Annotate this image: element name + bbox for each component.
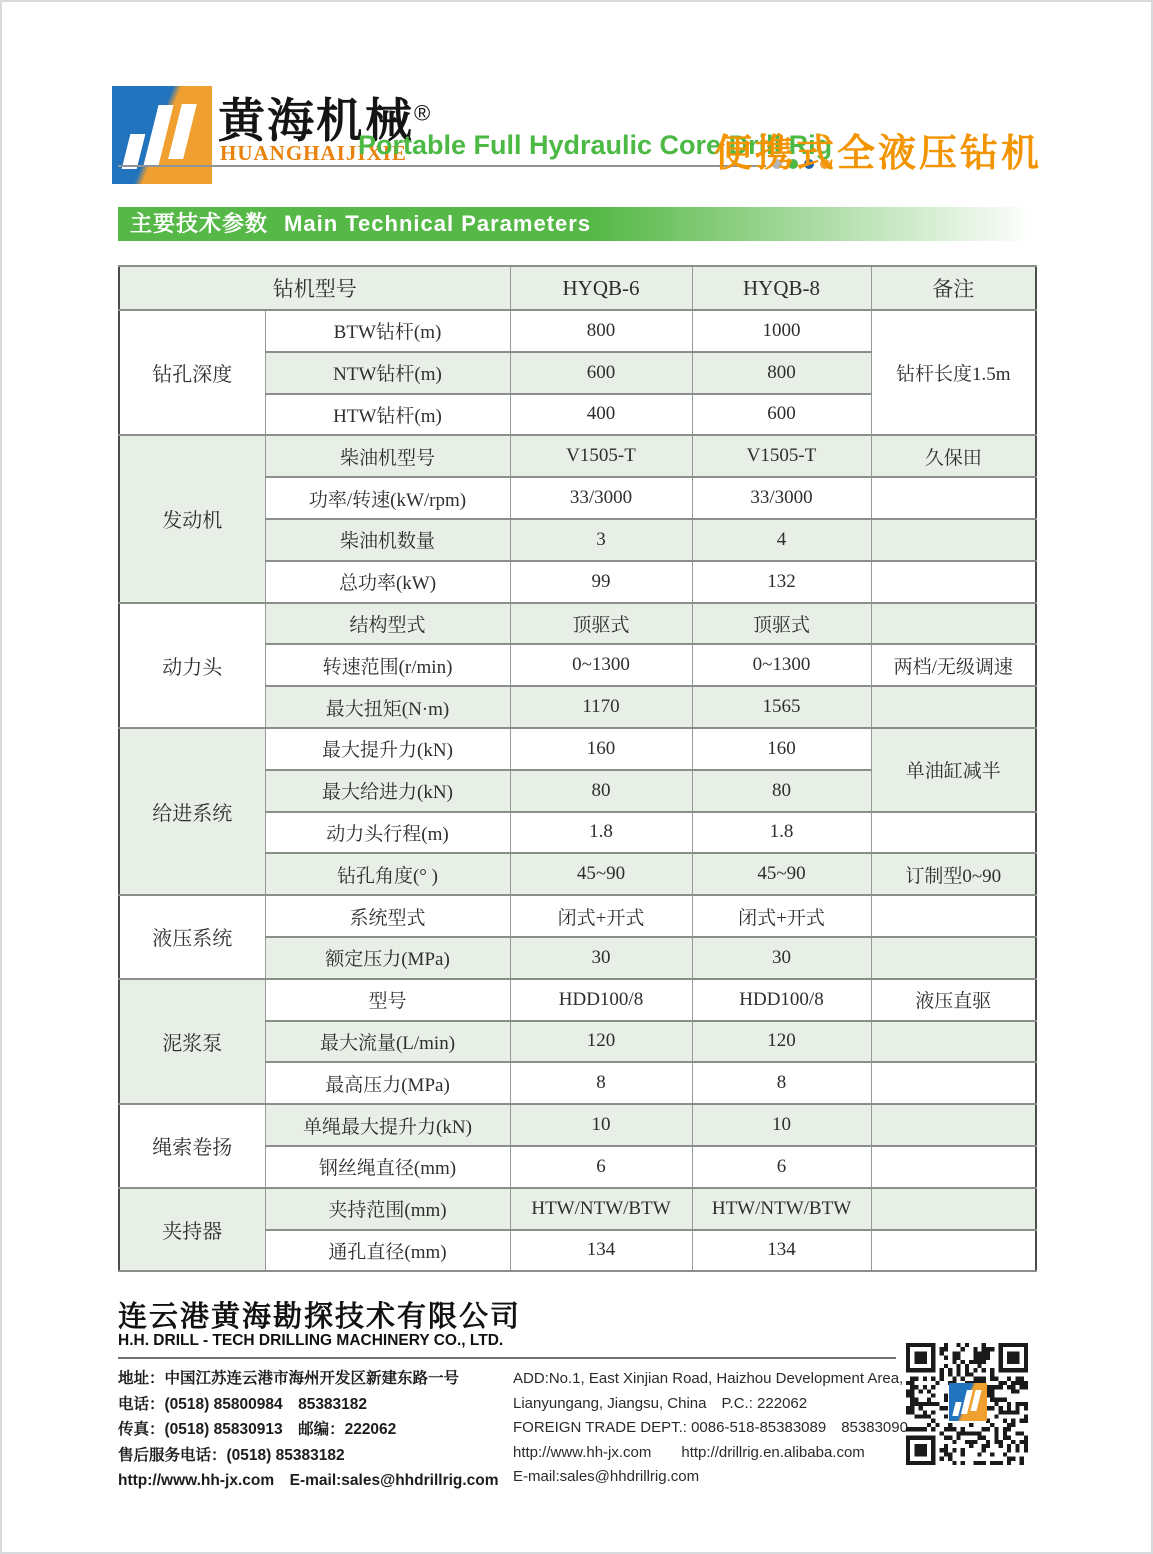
qr-center-logo-icon bbox=[949, 1383, 987, 1421]
value-cell-hyqb8: 6 bbox=[692, 1146, 871, 1188]
value-cell-hyqb6: 8 bbox=[510, 1062, 692, 1104]
remark-cell bbox=[871, 1188, 1036, 1230]
value-cell-hyqb6: 80 bbox=[510, 770, 692, 812]
value-cell-hyqb8: 闭式+开式 bbox=[692, 895, 871, 937]
table-row: 发动机柴油机型号V1505-TV1505-T久保田 bbox=[119, 435, 1036, 477]
value-cell-hyqb8: 10 bbox=[692, 1104, 871, 1146]
value-cell-hyqb6: 6 bbox=[510, 1146, 692, 1188]
huanghai-logo-icon bbox=[112, 86, 212, 184]
contact-block-en: ADD:No.1, East Xinjian Road, Haizhou Dev… bbox=[513, 1367, 913, 1490]
value-cell-hyqb8: 30 bbox=[692, 937, 871, 979]
table-header-row: 钻机型号HYQB-6HYQB-8备注 bbox=[119, 266, 1036, 310]
param-cell: 钻孔角度(° ) bbox=[265, 853, 510, 895]
value-cell-hyqb8: 80 bbox=[692, 770, 871, 812]
table-row: 绳索卷扬单绳最大提升力(kN)1010 bbox=[119, 1104, 1036, 1146]
parameters-table: 钻机型号HYQB-6HYQB-8备注 钻孔深度BTW钻杆(m)8001000钻杆… bbox=[118, 265, 1037, 1272]
value-cell-hyqb8: 33/3000 bbox=[692, 477, 871, 519]
category-cell: 发动机 bbox=[119, 435, 265, 602]
value-cell-hyqb6: 600 bbox=[510, 352, 692, 394]
param-cell: 型号 bbox=[265, 979, 510, 1021]
page-title-cn: 便携式全液压钻机 bbox=[714, 122, 1042, 177]
remark-cell bbox=[871, 686, 1036, 728]
value-cell-hyqb8: 8 bbox=[692, 1062, 871, 1104]
remark-cell bbox=[871, 561, 1036, 603]
remark-cell bbox=[871, 477, 1036, 519]
remark-cell: 久保田 bbox=[871, 435, 1036, 477]
category-cell: 给进系统 bbox=[119, 728, 265, 895]
value-cell-hyqb8: 0~1300 bbox=[692, 644, 871, 686]
param-cell: 系统型式 bbox=[265, 895, 510, 937]
remark-cell bbox=[871, 1062, 1036, 1104]
value-cell-hyqb8: 800 bbox=[692, 352, 871, 394]
remark-cell: 两档/无级调速 bbox=[871, 644, 1036, 686]
param-cell: 夹持范围(mm) bbox=[265, 1188, 510, 1230]
remark-cell bbox=[871, 519, 1036, 561]
param-cell: 通孔直径(mm) bbox=[265, 1230, 510, 1272]
param-cell: 功率/转速(kW/rpm) bbox=[265, 477, 510, 519]
param-cell: 动力头行程(m) bbox=[265, 812, 510, 854]
value-cell-hyqb6: HTW/NTW/BTW bbox=[510, 1188, 692, 1230]
header-divider-line bbox=[118, 165, 766, 167]
category-cell: 泥浆泵 bbox=[119, 979, 265, 1104]
contact-line-en: E-mail:sales@hhdrillrig.com bbox=[513, 1465, 913, 1490]
value-cell-hyqb8: 1565 bbox=[692, 686, 871, 728]
remark-cell: 液压直驱 bbox=[871, 979, 1036, 1021]
remark-cell bbox=[871, 812, 1036, 854]
contact-line-en: Lianyungang, Jiangsu, China P.C.: 222062 bbox=[513, 1392, 913, 1417]
remark-cell bbox=[871, 1021, 1036, 1063]
value-cell-hyqb8: 132 bbox=[692, 561, 871, 603]
section-title-cn: 主要技术参数 bbox=[130, 211, 268, 236]
section-header: 主要技术参数Main Technical Parameters bbox=[118, 207, 1035, 241]
value-cell-hyqb8: 1000 bbox=[692, 310, 871, 352]
value-cell-hyqb6: 45~90 bbox=[510, 853, 692, 895]
value-cell-hyqb6: 134 bbox=[510, 1230, 692, 1272]
remark-cell: 单油缸减半 bbox=[871, 728, 1036, 812]
contact-line-cn: 售后服务电话：(0518) 85383182 bbox=[118, 1443, 510, 1469]
value-cell-hyqb8: 160 bbox=[692, 728, 871, 770]
logo-bar-icon bbox=[970, 1390, 981, 1411]
param-cell: 额定压力(MPa) bbox=[265, 937, 510, 979]
param-cell: 最大流量(L/min) bbox=[265, 1021, 510, 1063]
remark-cell bbox=[871, 1230, 1036, 1272]
value-cell-hyqb6: 160 bbox=[510, 728, 692, 770]
param-cell: NTW钻杆(m) bbox=[265, 352, 510, 394]
section-title-en: Main Technical Parameters bbox=[284, 211, 591, 236]
contact-line-en: http://www.hh-jx.com http://drillrig.en.… bbox=[513, 1441, 913, 1466]
remark-cell bbox=[871, 1146, 1036, 1188]
catalog-page: 黄海机械® HUANGHAIJIXIE Portable Full Hydrau… bbox=[0, 0, 1153, 1554]
value-cell-hyqb6: 33/3000 bbox=[510, 477, 692, 519]
table-row: 泥浆泵型号HDD100/8HDD100/8液压直驱 bbox=[119, 979, 1036, 1021]
param-cell: HTW钻杆(m) bbox=[265, 394, 510, 436]
contact-line-cn: 地址：中国江苏连云港市海州开发区新建东路一号 bbox=[118, 1366, 510, 1392]
table-row: 液压系统系统型式闭式+开式闭式+开式 bbox=[119, 895, 1036, 937]
remark-cell: 订制型0~90 bbox=[871, 853, 1036, 895]
contact-line-cn: http://www.hh-jx.com E-mail:sales@hhdril… bbox=[118, 1468, 510, 1494]
value-cell-hyqb8: 120 bbox=[692, 1021, 871, 1063]
table-row: 给进系统最大提升力(kN)160160单油缸减半 bbox=[119, 728, 1036, 770]
remark-cell bbox=[871, 1104, 1036, 1146]
param-cell: 最大提升力(kN) bbox=[265, 728, 510, 770]
remark-cell bbox=[871, 895, 1036, 937]
table-row: 动力头结构型式顶驱式顶驱式 bbox=[119, 603, 1036, 645]
contact-line-cn: 电话：(0518) 85800984 85383182 bbox=[118, 1392, 510, 1418]
value-cell-hyqb6: 10 bbox=[510, 1104, 692, 1146]
company-name-cn: 连云港黄海勘探技术有限公司 bbox=[118, 1294, 521, 1335]
remark-cell bbox=[871, 603, 1036, 645]
param-cell: 钢丝绳直径(mm) bbox=[265, 1146, 510, 1188]
company-name-en: H.H. DRILL - TECH DRILLING MACHINERY CO.… bbox=[118, 1332, 503, 1350]
category-cell: 绳索卷扬 bbox=[119, 1104, 265, 1188]
category-cell: 液压系统 bbox=[119, 895, 265, 979]
value-cell-hyqb8: HDD100/8 bbox=[692, 979, 871, 1021]
value-cell-hyqb6: 1170 bbox=[510, 686, 692, 728]
param-cell: 柴油机型号 bbox=[265, 435, 510, 477]
param-cell: 最高压力(MPa) bbox=[265, 1062, 510, 1104]
value-cell-hyqb6: HDD100/8 bbox=[510, 979, 692, 1021]
value-cell-hyqb8: 45~90 bbox=[692, 853, 871, 895]
logo-bar-icon bbox=[168, 104, 197, 159]
header-model-label: 钻机型号 bbox=[119, 266, 510, 310]
registered-mark: ® bbox=[414, 100, 432, 125]
param-cell: 最大扭矩(N·m) bbox=[265, 686, 510, 728]
contact-line-en: FOREIGN TRADE DEPT.: 0086-518-85383089 8… bbox=[513, 1416, 913, 1441]
value-cell-hyqb6: 120 bbox=[510, 1021, 692, 1063]
category-cell: 钻孔深度 bbox=[119, 310, 265, 435]
table-row: 钻孔深度BTW钻杆(m)8001000钻杆长度1.5m bbox=[119, 310, 1036, 352]
contact-line-en: ADD:No.1, East Xinjian Road, Haizhou Dev… bbox=[513, 1367, 913, 1392]
remark-cell: 钻杆长度1.5m bbox=[871, 310, 1036, 435]
table-row: 夹持器夹持范围(mm)HTW/NTW/BTWHTW/NTW/BTW bbox=[119, 1188, 1036, 1230]
header-col-hyqb8: HYQB-8 bbox=[692, 266, 871, 310]
qr-code bbox=[906, 1343, 1028, 1465]
value-cell-hyqb8: HTW/NTW/BTW bbox=[692, 1188, 871, 1230]
value-cell-hyqb6: V1505-T bbox=[510, 435, 692, 477]
value-cell-hyqb8: 4 bbox=[692, 519, 871, 561]
value-cell-hyqb6: 3 bbox=[510, 519, 692, 561]
param-cell: BTW钻杆(m) bbox=[265, 310, 510, 352]
param-cell: 转速范围(r/min) bbox=[265, 644, 510, 686]
value-cell-hyqb8: 顶驱式 bbox=[692, 603, 871, 645]
value-cell-hyqb6: 0~1300 bbox=[510, 644, 692, 686]
value-cell-hyqb8: 1.8 bbox=[692, 812, 871, 854]
param-cell: 结构型式 bbox=[265, 603, 510, 645]
value-cell-hyqb6: 99 bbox=[510, 561, 692, 603]
contact-block-cn: 地址：中国江苏连云港市海州开发区新建东路一号电话：(0518) 85800984… bbox=[118, 1366, 510, 1494]
header-remark-label: 备注 bbox=[871, 266, 1036, 310]
value-cell-hyqb6: 30 bbox=[510, 937, 692, 979]
footer-divider-line bbox=[118, 1357, 896, 1359]
param-cell: 单绳最大提升力(kN) bbox=[265, 1104, 510, 1146]
remark-cell bbox=[871, 937, 1036, 979]
value-cell-hyqb6: 闭式+开式 bbox=[510, 895, 692, 937]
value-cell-hyqb8: 134 bbox=[692, 1230, 871, 1272]
value-cell-hyqb8: V1505-T bbox=[692, 435, 871, 477]
value-cell-hyqb6: 400 bbox=[510, 394, 692, 436]
param-cell: 柴油机数量 bbox=[265, 519, 510, 561]
value-cell-hyqb8: 600 bbox=[692, 394, 871, 436]
category-cell: 夹持器 bbox=[119, 1188, 265, 1272]
value-cell-hyqb6: 800 bbox=[510, 310, 692, 352]
value-cell-hyqb6: 1.8 bbox=[510, 812, 692, 854]
contact-line-cn: 传真：(0518) 85830913 邮编：222062 bbox=[118, 1417, 510, 1443]
param-cell: 最大给进力(kN) bbox=[265, 770, 510, 812]
value-cell-hyqb6: 顶驱式 bbox=[510, 603, 692, 645]
header-col-hyqb6: HYQB-6 bbox=[510, 266, 692, 310]
param-cell: 总功率(kW) bbox=[265, 561, 510, 603]
category-cell: 动力头 bbox=[119, 603, 265, 728]
